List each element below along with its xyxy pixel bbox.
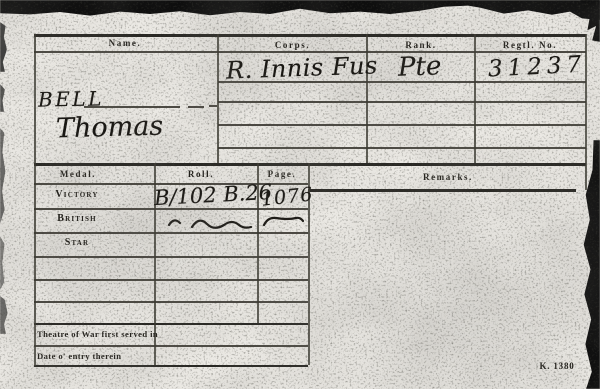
medal-row-star-label: Star: [36, 237, 118, 249]
ditto-mark-roll: [166, 212, 258, 232]
rank-value: Pte: [397, 51, 441, 82]
surname-underline-dash: [209, 105, 217, 107]
rule-line: [34, 301, 308, 303]
rule-line: [34, 232, 308, 234]
remarks-header: Remarks.: [368, 171, 528, 183]
rule-line: [218, 124, 586, 126]
rule-line: [34, 345, 308, 347]
regtl-no-column-header: Regtl. No.: [478, 39, 582, 51]
name-column-header: Name.: [50, 37, 200, 49]
rule-line: [34, 365, 308, 367]
rule-line: [34, 279, 308, 281]
page-column-header: Page.: [258, 168, 306, 180]
theatre-of-war-label: Theatre of War first served in: [37, 328, 153, 340]
medal-column-header: Medal.: [36, 168, 120, 180]
form-number: K. 1380: [534, 360, 580, 372]
ditto-mark-page: [262, 213, 304, 231]
col-divider: [474, 34, 476, 163]
forename-value: Thomas: [56, 111, 164, 145]
surname-value: BELL: [38, 86, 104, 111]
medal-index-card-scan: Name. Corps. Rank. Regtl. No. Medal. Rol…: [0, 0, 600, 389]
regtl-no-value: 31237: [487, 51, 586, 82]
surname-underline-dash: [188, 106, 204, 108]
medal-row-british-label: British: [36, 213, 118, 225]
roll-column-header: Roll.: [158, 168, 244, 180]
date-of-entry-label: Date o' entry therein: [37, 350, 153, 362]
rule-line: [34, 323, 308, 325]
rule-line: [34, 256, 308, 258]
rule-line: [308, 189, 576, 192]
rule-line: [218, 147, 586, 149]
rule-line: [34, 163, 586, 166]
corps-value: R. Innis Fus: [226, 51, 379, 84]
rule-line: [218, 101, 586, 103]
col-divider: [217, 34, 219, 163]
rank-column-header: Rank.: [376, 39, 466, 51]
corps-column-header: Corps.: [225, 39, 360, 51]
medal-row-victory-label: Victory: [36, 189, 118, 201]
